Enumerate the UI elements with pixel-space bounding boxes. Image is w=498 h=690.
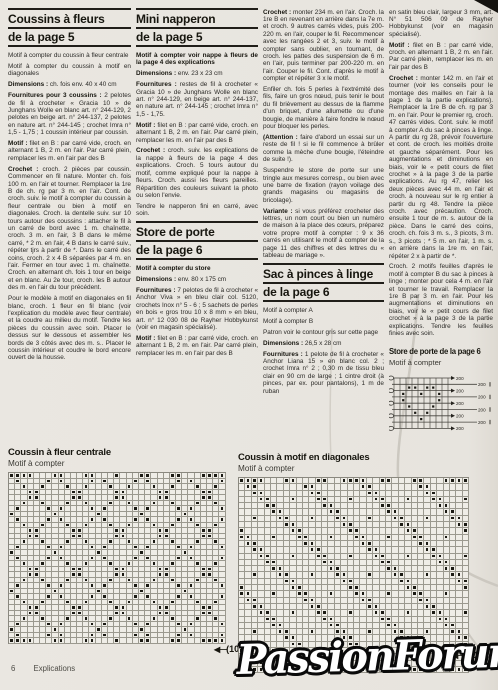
paragraph: Motif : filet en B : par carré vide, cro… (136, 122, 258, 144)
chart-coussin-fleur-centrale: Coussin à fleur centrale Motif à compter… (8, 447, 226, 644)
bead-icon (389, 401, 394, 405)
chart-subtitle: Motif à compter (238, 464, 469, 473)
paragraph: Crochet : monter 234 m. en l'air. Croch.… (263, 9, 384, 83)
filled-square (408, 386, 410, 388)
filled-square (420, 418, 422, 420)
paragraph-lead: Motif à compter voir nappe à fleurs de l… (136, 52, 258, 66)
filled-square (438, 393, 440, 395)
paragraph-lead: Motif à compter du store (136, 265, 211, 272)
measure-label: 200 (456, 401, 464, 406)
paragraph-lead: Dimensions : (8, 81, 48, 88)
paragraph: Tendre le napperon fini en carré, avec s… (136, 203, 258, 218)
paragraph: Enfiler ch. fois 5 perles à l'extrémité … (263, 86, 384, 130)
paragraph: Dimensions : ch. fois env. 40 x 40 cm (8, 81, 131, 88)
measure-label: 200 (456, 388, 464, 393)
filled-square (414, 386, 416, 388)
paragraph: Crochet : monter 142 m. en l'air et tour… (389, 75, 493, 260)
paragraph-lead: Crochet : (389, 75, 418, 82)
filled-square (420, 393, 422, 395)
measure-label: 200 (478, 407, 486, 412)
paragraph: en satin bleu clair, largeur 3 mm, art. … (389, 9, 493, 39)
arrow-right-icon (451, 414, 455, 418)
section-heading-line: Sac à pinces à linge (263, 265, 384, 284)
paragraph: Croch. 2 motifs feuilles d'après le moti… (389, 263, 493, 337)
paragraph: Motif à compter B (263, 318, 384, 325)
section-heading: Coussins à fleursde la page 5 (8, 8, 131, 47)
paragraph: Dimensions : env. 80 x 175 cm (136, 276, 258, 283)
paragraph-lead: Dimensions : (263, 340, 303, 347)
store-motif-diagram: 200200200200200200200200200 (389, 374, 493, 441)
paragraph: Patron voir le contour gris sur cette pa… (263, 329, 384, 336)
subsection-heading: Store de porte de la page 6 (389, 346, 483, 356)
measure-label: 200 (478, 395, 486, 400)
measure-label: 200 (456, 376, 464, 381)
footer-label: Explications (34, 664, 76, 673)
paragraph-lead: Dimensions : (136, 70, 176, 77)
page-number: 6 (11, 664, 15, 673)
section-heading-line: de la page 5 (8, 29, 131, 48)
arrow-right-icon (451, 389, 455, 393)
paragraph-lead: Fournitures pour 3 coussins : (8, 92, 102, 99)
section-heading-line: Store de porte (136, 223, 258, 242)
paragraph: Crochet : croch. suiv. les explications … (136, 147, 258, 199)
text-column-1: Coussins à fleursde la page 5Motif à com… (8, 6, 131, 446)
paragraph-lead: (Attention : (263, 134, 298, 141)
paragraph-lead: Motif : (8, 140, 27, 147)
arrow-right-icon (451, 401, 455, 405)
section-heading: Sac à pinces à lingede la page 6 (263, 263, 384, 302)
paragraph: Crochet : croch. 2 pièces par coussin. C… (8, 166, 131, 292)
paragraph-lead: Fournitures : (136, 81, 177, 88)
measure-label: 200 (478, 420, 486, 425)
paragraph: Motif à compter A (263, 307, 384, 314)
bead-icon (389, 414, 394, 418)
text-column-3: Crochet : monter 234 m. en l'air. Croch.… (263, 6, 384, 448)
page-footer: 6 Explications (11, 664, 75, 673)
section-heading: Mini napperonde la page 5 (136, 8, 258, 47)
paragraph: Fournitures : 7 pelotes de fil à crochet… (136, 287, 258, 331)
paragraph: Dimensions : 26,5 x 28 cm (263, 340, 384, 347)
paragraph: Motif : filet en B : par carré vide, cro… (136, 335, 258, 357)
paragraph: Suspendre le store de porte sur une trin… (263, 167, 384, 204)
subsection-subtitle: Motif à compter (389, 358, 493, 367)
chart-title: Coussin à motif en diagonales (238, 452, 469, 463)
filled-square (402, 393, 404, 395)
filled-square (402, 399, 404, 401)
paragraph: Motif : filet en B : par carré vide, cro… (8, 140, 131, 162)
filled-square (438, 399, 440, 401)
paragraph: Motif : filet en B : par carré vide, cro… (389, 42, 493, 72)
paragraph-lead: Crochet : (263, 9, 291, 16)
paragraph-lead: Fournitures : (263, 351, 303, 358)
paragraph: Fournitures : restes de fil à crocheter … (136, 81, 258, 118)
chart-subtitle: Motif à compter (8, 459, 226, 468)
grid-row (9, 638, 226, 644)
paragraph: Variante : si vous préférez crocheter de… (263, 208, 384, 260)
paragraph-lead: Motif : (389, 42, 410, 49)
store-motif-svg: 200200200200200200200200200 (389, 374, 493, 436)
paragraph: Motif à compter du coussin à fleur centr… (8, 52, 131, 59)
paragraph: Fournitures pour 3 coussins : 2 pelotes … (8, 92, 131, 136)
paragraph: Dimensions : env. 23 x 23 cm (136, 70, 258, 77)
arrow-right-icon (451, 426, 455, 430)
filled-square (408, 405, 410, 407)
filled-square (414, 412, 416, 414)
watermark: PassionForum.ru (236, 627, 498, 684)
bead-icon (389, 426, 394, 430)
arrow-left-icon: ◀― (214, 645, 226, 654)
filled-square (432, 405, 434, 407)
section-heading-line: de la page 6 (136, 242, 258, 261)
filet-grid (8, 472, 226, 644)
paragraph: Motif à compter du coussin à motif en di… (8, 63, 131, 78)
paragraph-lead: Motif : (136, 335, 155, 342)
filled-square (432, 386, 434, 388)
text-column-2: Mini napperonde la page 5Motif à compter… (136, 6, 258, 446)
chart-title: Coussin à fleur centrale (8, 447, 226, 458)
paragraph-lead: Fournitures : (136, 287, 175, 294)
paragraph: Motif à compter du store (136, 265, 258, 272)
section-heading-line: Coussins à fleurs (8, 10, 131, 29)
measure-label: 200 (456, 414, 464, 419)
paragraph: Pour le modèle à motif en diagonales en … (8, 295, 131, 362)
paragraph: (Attention : faire d'abord un essai sur … (263, 134, 384, 164)
filled-cell (219, 638, 225, 644)
paragraph-lead: Crochet : (8, 166, 38, 173)
section-heading-line: de la page 6 (263, 284, 384, 303)
text-column-4: en satin bleu clair, largeur 3 mm, art. … (389, 6, 493, 446)
paragraph-lead: Variante : (263, 208, 293, 215)
arrow-right-icon (451, 376, 455, 380)
paragraph-lead: Dimensions : (136, 276, 176, 283)
section-heading-line: de la page 5 (136, 29, 258, 48)
section-heading-line: Mini napperon (136, 10, 258, 29)
paragraph-lead: Crochet : (136, 147, 165, 154)
section-heading: Store de portede la page 6 (136, 221, 258, 260)
filled-square (426, 412, 428, 414)
paragraph-lead: Motif : (136, 122, 155, 129)
bead-icon (389, 376, 394, 380)
magazine-page: Coussins à fleursde la page 5Motif à com… (0, 0, 498, 690)
measure-label: 200 (456, 426, 464, 431)
bead-icon (389, 389, 394, 393)
paragraph: Fournitures : 1 pelote de fil à crochete… (263, 351, 384, 395)
paragraph: Motif à compter voir nappe à fleurs de l… (136, 52, 258, 67)
filled-square (426, 386, 428, 388)
measure-label: 200 (478, 382, 486, 387)
